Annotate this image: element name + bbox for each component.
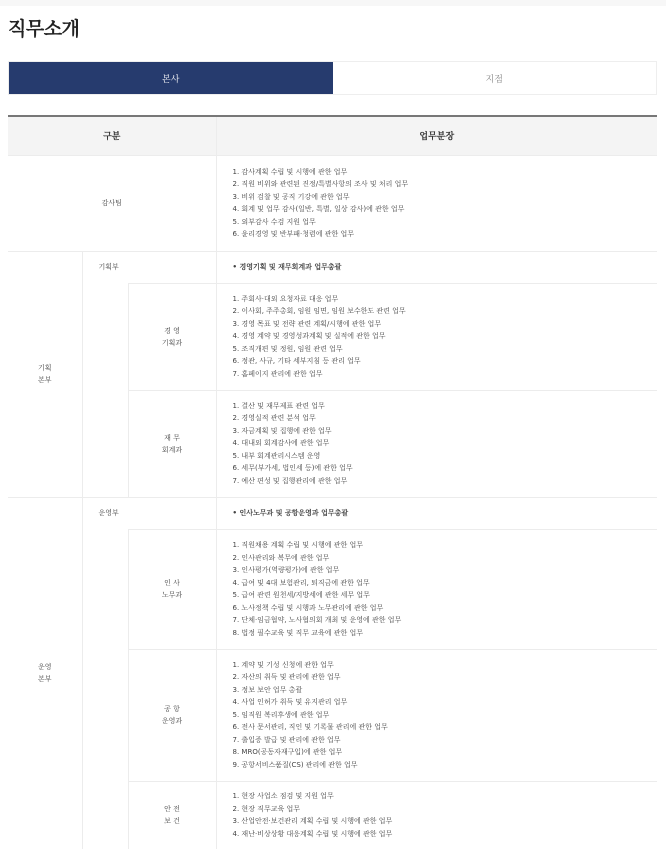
duty-item: 1. 주회사·대외 요청자료 대응 업무	[233, 293, 658, 306]
duty-item: 1. 감사계획 수립 및 시행에 관한 업무	[233, 166, 658, 179]
duty-item: 4. 급여 및 4대 보험관리, 퇴직금에 관한 업무	[233, 577, 658, 590]
duty-item: 3. 자금계획 및 집행에 관한 업무	[233, 425, 658, 438]
header-category: 구분	[8, 116, 216, 155]
hr-label: 인 사 노무과	[128, 529, 216, 649]
table-row-audit: 감사팀 1. 감사계획 수립 및 시행에 관한 업무 2. 직원 비위와 관련된…	[8, 155, 657, 251]
duty-item: 2. 인사관리와 복무에 관한 업무	[233, 552, 658, 565]
hr-duties: 1. 직원채용 계획 수립 및 시행에 관한 업무 2. 인사관리와 복무에 관…	[216, 529, 657, 649]
finance-label: 재 무 회계과	[128, 390, 216, 497]
duty-item: 1. 현장 사업소 점검 및 지원 업무	[233, 790, 658, 803]
duty-item: 5. 외부감사 수검 지원 업무	[233, 216, 658, 229]
duty-item: 6. 전사 문서관리, 직인 및 기록물 관리에 관한 업무	[233, 721, 658, 734]
audit-duties: 1. 감사계획 수립 및 시행에 관한 업무 2. 직원 비위와 관련된 진정/…	[216, 155, 657, 251]
mgmt-planning-label: 경 영 기획과	[128, 283, 216, 390]
table-row-operations-dept: 운영 본부 운영부 • 인사노무과 및 공항운영과 업무총괄	[8, 497, 657, 529]
duty-item: 8. MRO(공동자재구입)에 관한 업무	[233, 746, 658, 759]
safety-label: 안 전 보 건	[128, 781, 216, 849]
page: 직무소개 본사 지점 구분 업무분장 감사팀	[0, 0, 666, 858]
duty-item: 3. 정보 보안 업무 총괄	[233, 684, 658, 697]
duty-item: 2. 직원 비위와 관련된 진정/특별사항의 조사 및 처리 업무	[233, 178, 658, 191]
duty-item: 3. 산업안전·보건관리 계획 수립 및 시행에 관한 업무	[233, 815, 658, 828]
tab-branch[interactable]: 지점	[333, 62, 657, 94]
duty-item: 1. 계약 및 기성 신청에 관한 업무	[233, 659, 658, 672]
spacer-cell	[82, 283, 128, 497]
duty-item: 5. 급여 관련 원천세/지방세에 관한 세무 업무	[233, 589, 658, 602]
duty-item: 8. 법정 필수교육 및 직무 교육에 관한 업무	[233, 627, 658, 640]
duty-item: 4. 재난·비상상황 대응계획 수립 및 시행에 관한 업무	[233, 828, 658, 841]
duty-item: 3. 인사평가(역량평가)에 관한 업무	[233, 564, 658, 577]
table-row-planning-dept: 기획 본부 기획부 • 경영기획 및 재무회계과 업무총괄	[8, 251, 657, 283]
operations-dept-label: 운영부	[82, 497, 216, 529]
duty-item: 2. 현장 직무교육 업무	[233, 803, 658, 816]
table-row-mgmt-planning: 경 영 기획과 1. 주회사·대외 요청자료 대응 업무 2. 이사회, 주주총…	[8, 283, 657, 390]
duties-table-wrapper: 구분 업무분장 감사팀 1. 감사계획 수립 및 시행에 관한 업무 2. 직원…	[8, 115, 657, 849]
duty-item: 4. 경영 계약 및 경영성과계획 및 실적에 관한 업무	[233, 330, 658, 343]
spacer-cell	[82, 529, 128, 849]
tab-bar: 본사 지점	[8, 61, 657, 95]
duty-item: 4. 사업 인허가 취득 및 유지관리 업무	[233, 696, 658, 709]
planning-dept-summary: • 경영기획 및 재무회계과 업무총괄	[216, 251, 657, 283]
duty-item: 7. 출입증 발급 및 관리에 관한 업무	[233, 734, 658, 747]
duty-item: 3. 경영 목표 및 전략 관련 계획/시행에 관한 업무	[233, 318, 658, 331]
finance-duties: 1. 결산 및 재무제표 관련 업무 2. 경영실적 관련 분석 업무 3. 자…	[216, 390, 657, 497]
duty-item: 6. 노사정책 수립 및 시행과 노무관리에 관한 업무	[233, 602, 658, 615]
duty-item: 3. 비위 검찰 및 공직 기강에 관한 업무	[233, 191, 658, 204]
duty-item: 7. 단체·임금협약, 노사협의회 개최 및 운영에 관한 업무	[233, 614, 658, 627]
duty-item: 2. 이사회, 주주총회, 임원 임면, 임원 보수한도 관련 업무	[233, 305, 658, 318]
duty-item: 5. 임직원 복리후생에 관한 업무	[233, 709, 658, 722]
mgmt-planning-duties: 1. 주회사·대외 요청자료 대응 업무 2. 이사회, 주주총회, 임원 임면…	[216, 283, 657, 390]
planning-dept-label: 기획부	[82, 251, 216, 283]
duty-item: 5. 내부 회계관리시스템 운영	[233, 450, 658, 463]
tab-headquarters[interactable]: 본사	[9, 62, 333, 94]
duty-item: 9. 공항서비스품질(CS) 관리에 관한 업무	[233, 759, 658, 772]
duty-item: 1. 직원채용 계획 수립 및 시행에 관한 업무	[233, 539, 658, 552]
planning-hq-label: 기획 본부	[8, 251, 82, 497]
duty-item: 2. 자산의 취득 및 관리에 관한 업무	[233, 671, 658, 684]
duty-item: 6. 정관, 사규, 기타 세부지침 등 관리 업무	[233, 355, 658, 368]
top-strip	[0, 0, 666, 6]
page-title: 직무소개	[8, 14, 79, 41]
duty-item: 4. 대내외 회계감사에 관한 업무	[233, 437, 658, 450]
table-row-hr: 인 사 노무과 1. 직원채용 계획 수립 및 시행에 관한 업무 2. 인사관…	[8, 529, 657, 649]
duty-item: 7. 예산 편성 및 집행관리에 관한 업무	[233, 475, 658, 488]
table-header-row: 구분 업무분장	[8, 116, 657, 155]
duty-item: 5. 조직개편 및 정원, 임원 관련 업무	[233, 343, 658, 356]
duty-item: 1. 결산 및 재무제표 관련 업무	[233, 400, 658, 413]
operations-hq-label: 운영 본부	[8, 497, 82, 849]
header-duties: 업무분장	[216, 116, 657, 155]
airport-ops-label: 공 항 운영과	[128, 649, 216, 781]
duty-item: 6. 윤리경영 및 반부패·청렴에 관한 업무	[233, 228, 658, 241]
duty-item: 4. 회계 및 업무 감사(일반, 특별, 일상 감사)에 관한 업무	[233, 203, 658, 216]
duties-table: 구분 업무분장 감사팀 1. 감사계획 수립 및 시행에 관한 업무 2. 직원…	[8, 115, 657, 849]
operations-dept-summary: • 인사노무과 및 공항운영과 업무총괄	[216, 497, 657, 529]
safety-duties: 1. 현장 사업소 점검 및 지원 업무 2. 현장 직무교육 업무 3. 산업…	[216, 781, 657, 849]
duty-item: 6. 세무(부가세, 법인세 등)에 관한 업무	[233, 462, 658, 475]
duty-item: 2. 경영실적 관련 분석 업무	[233, 412, 658, 425]
duty-item: 7. 홈페이지 관리에 관한 업무	[233, 368, 658, 381]
airport-ops-duties: 1. 계약 및 기성 신청에 관한 업무 2. 자산의 취득 및 관리에 관한 …	[216, 649, 657, 781]
audit-label: 감사팀	[8, 155, 216, 251]
